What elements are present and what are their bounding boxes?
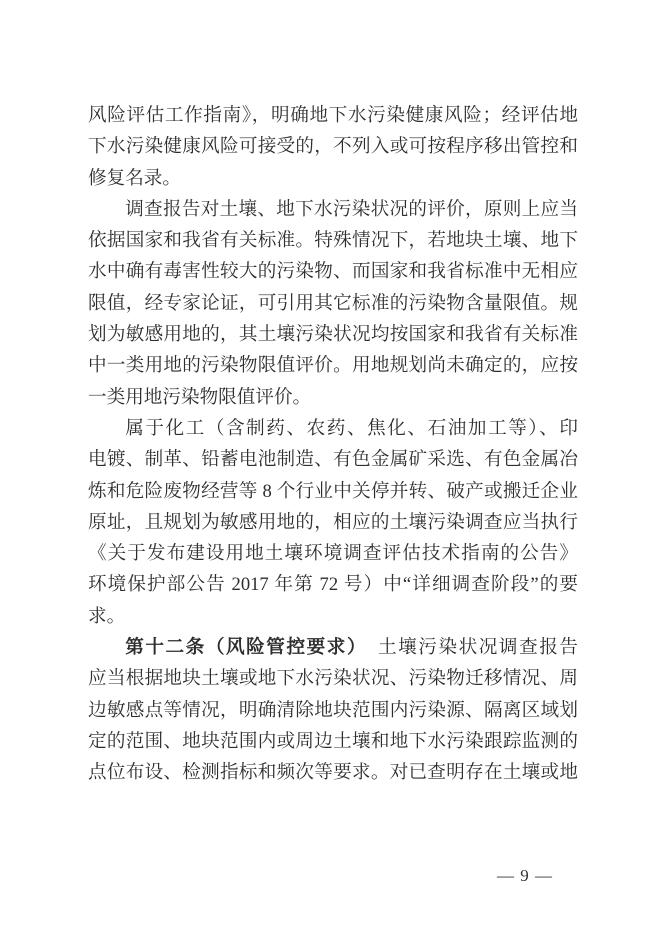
text-line: 一类用地污染物限值评价。 <box>88 382 578 413</box>
text-line: 求。 <box>88 601 578 632</box>
text-line: 应当根据地块土壤或地下水污染状况、污染物迁移情况、周 <box>88 663 578 694</box>
text-line: 环境保护部公告 2017 年第 72 号）中“详细调查阶段”的要 <box>88 569 578 600</box>
text-line: 边敏感点等情况，明确清除地块范围内污染源、隔离区域划 <box>88 695 578 726</box>
text-line: 原址，且规划为敏感用地的，相应的土壤污染调查应当执行 <box>88 507 578 538</box>
text-line: 修复名录。 <box>88 163 578 194</box>
text-line: 中一类用地的污染物限值评价。用地规划尚未确定的，应按 <box>88 350 578 381</box>
text-line: 《关于发布建设用地土壤环境调查评估技术指南的公告》（原 <box>88 538 578 569</box>
document-body: 风险评估工作指南》，明确地下水污染健康风险；经评估地 下水污染健康风险可接受的，… <box>88 100 578 789</box>
text-line: 点位布设、检测指标和频次等要求。对已查明存在土壤或地 <box>88 757 578 788</box>
text-line: 调查报告对土壤、地下水污染状况的评价，原则上应当 <box>88 194 578 225</box>
text-line: 定的范围、地块范围内或周边土壤和地下水污染跟踪监测的 <box>88 726 578 757</box>
text-line: 限值，经专家论证，可引用其它标准的污染物含量限值。规 <box>88 288 578 319</box>
page-number: — 9 — <box>497 866 553 886</box>
text-line: 电镀、制革、铅蓄电池制造、有色金属矿采选、有色金属冶 <box>88 444 578 475</box>
text-line: 炼和危险废物经营等 8 个行业中关停并转、破产或搬迁企业 <box>88 476 578 507</box>
article-12-heading: 第十二条（风险管控要求） <box>125 637 358 658</box>
document-page: 风险评估工作指南》，明确地下水污染健康风险；经评估地 下水污染健康风险可接受的，… <box>0 0 661 935</box>
text-line: 属于化工（含制药、农药、焦化、石油加工等）、印染、 <box>88 413 578 444</box>
text-line: 水中确有毒害性较大的污染物、而国家和我省标准中无相应 <box>88 256 578 287</box>
text-line: 下水污染健康风险可接受的，不列入或可按程序移出管控和 <box>88 131 578 162</box>
text-line: 划为敏感用地的，其土壤污染状况均按国家和我省有关标准 <box>88 319 578 350</box>
article-12-heading-line: 第十二条（风险管控要求） 土壤污染状况调查报告中， <box>88 632 578 663</box>
text-line: 依据国家和我省有关标准。特殊情况下，若地块土壤、地下 <box>88 225 578 256</box>
text-line: 风险评估工作指南》，明确地下水污染健康风险；经评估地 <box>88 100 578 131</box>
